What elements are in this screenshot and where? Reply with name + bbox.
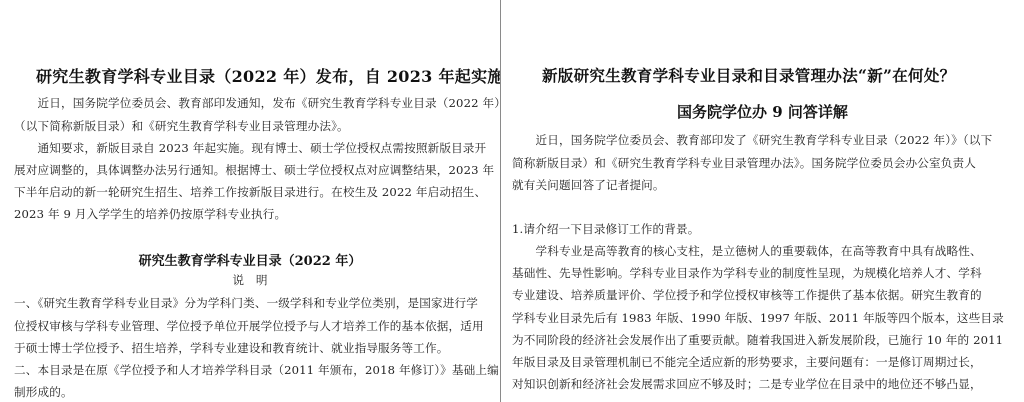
- paragraph-line: 对知识创新和经济社会发展需求回应不够及时；二是专业学位在目录中的地位还不够凸显，: [512, 376, 982, 392]
- paragraph-line: 通知要求，新版目录自 2023 年起实施。现有博士、硕士学位授权点需按照新版目录…: [14, 140, 486, 156]
- paragraph-line: （以下简称新版目录）和《研究生教育学科专业目录管理办法》。: [14, 118, 349, 134]
- paragraph-line: 近日，国务院学位委员会、教育部印发通知，发布《研究生教育学科专业目录（2022 …: [14, 95, 500, 111]
- paragraph-line: 年版目录及目录管理机制已不能完全适应新的形势要求，主要问题有：一是修订周期过长，: [512, 354, 982, 370]
- paragraph-line: 二、本目录是在原《学位授予和人才培养学科目录（2011 年颁布，2018 年修订…: [14, 362, 499, 378]
- paragraph-line: 基础性、先导性影响。学科专业目录作为学科专业的制度性呈现，为规模化培养人才、学科: [512, 265, 982, 281]
- paragraph-line: 学科专业目录先后有 1983 年版、1990 年版、1997 年版、2011 年…: [512, 310, 1004, 326]
- paragraph-line: 为不同阶段的经济社会发展作出了重要贡献。随着我国进入新发展阶段，已施行 10 年…: [512, 332, 1003, 348]
- paragraph-line: 近日，国务院学位委员会、教育部印发了《研究生教育学科专业目录（2022 年）》（…: [512, 132, 992, 148]
- paragraph-line: 下半年启动的新一轮研究生招生、培养工作按新版目录进行。在校生及 2022 年启动…: [14, 184, 486, 200]
- paragraph-line: 简称新版目录）和《研究生教育学科专业目录管理办法》。国务院学位委员会办公室负责人: [512, 155, 976, 171]
- paragraph-line: 一、《研究生教育学科专业目录》分为学科门类、一级学科和专业学位类别，是国家进行学: [14, 295, 478, 311]
- article-title: 新版研究生教育学科专业目录和目录管理办法“新”在何处？: [542, 64, 955, 86]
- question-heading: 1.请介绍一下目录修订工作的背景。: [512, 221, 700, 237]
- paragraph-line: 2023 年 9 月入学学生的培养仍按原学科专业执行。: [14, 206, 286, 222]
- section-subtitle: 说 明: [0, 272, 500, 288]
- paragraph-line: 展对应调整的，具体调整办法另行通知。根据博士、硕士学位授权点对应调整结果，202…: [14, 162, 494, 178]
- paragraph-line: 学科专业是高等教育的核心支柱，是立德树人的重要载体，在高等教育中具有战略性、: [512, 243, 982, 259]
- article-subtitle: 国务院学位办 9 问答详解: [501, 101, 1024, 122]
- paragraph-line: 专业建设、培养质量评价、学位授予和学位授权审核等工作提供了基本依据。研究生教育的: [512, 287, 982, 303]
- right-document-page: 新版研究生教育学科专业目录和目录管理办法“新”在何处？ 国务院学位办 9 问答详…: [501, 0, 1024, 402]
- paragraph-line: 位授权审核与学科专业管理、学位授予单位开展学位授予与人才培养工作的基本依据，适用: [14, 318, 484, 334]
- left-document-page: 研究生教育学科专业目录（2022 年）发布，自 2023 年起实施 近日，国务院…: [0, 0, 500, 402]
- article-title: 研究生教育学科专业目录（2022 年）发布，自 2023 年起实施: [36, 64, 500, 87]
- paragraph-line: 于硕士博士学位授予、招生培养，学科专业建设和教育统计、就业指导服务等工作。: [14, 340, 449, 356]
- section-title: 研究生教育学科专业目录（2022 年）: [0, 250, 500, 269]
- paragraph-line: 就有关问题回答了记者提问。: [512, 177, 665, 193]
- paragraph-line: 制形成的。: [14, 384, 73, 400]
